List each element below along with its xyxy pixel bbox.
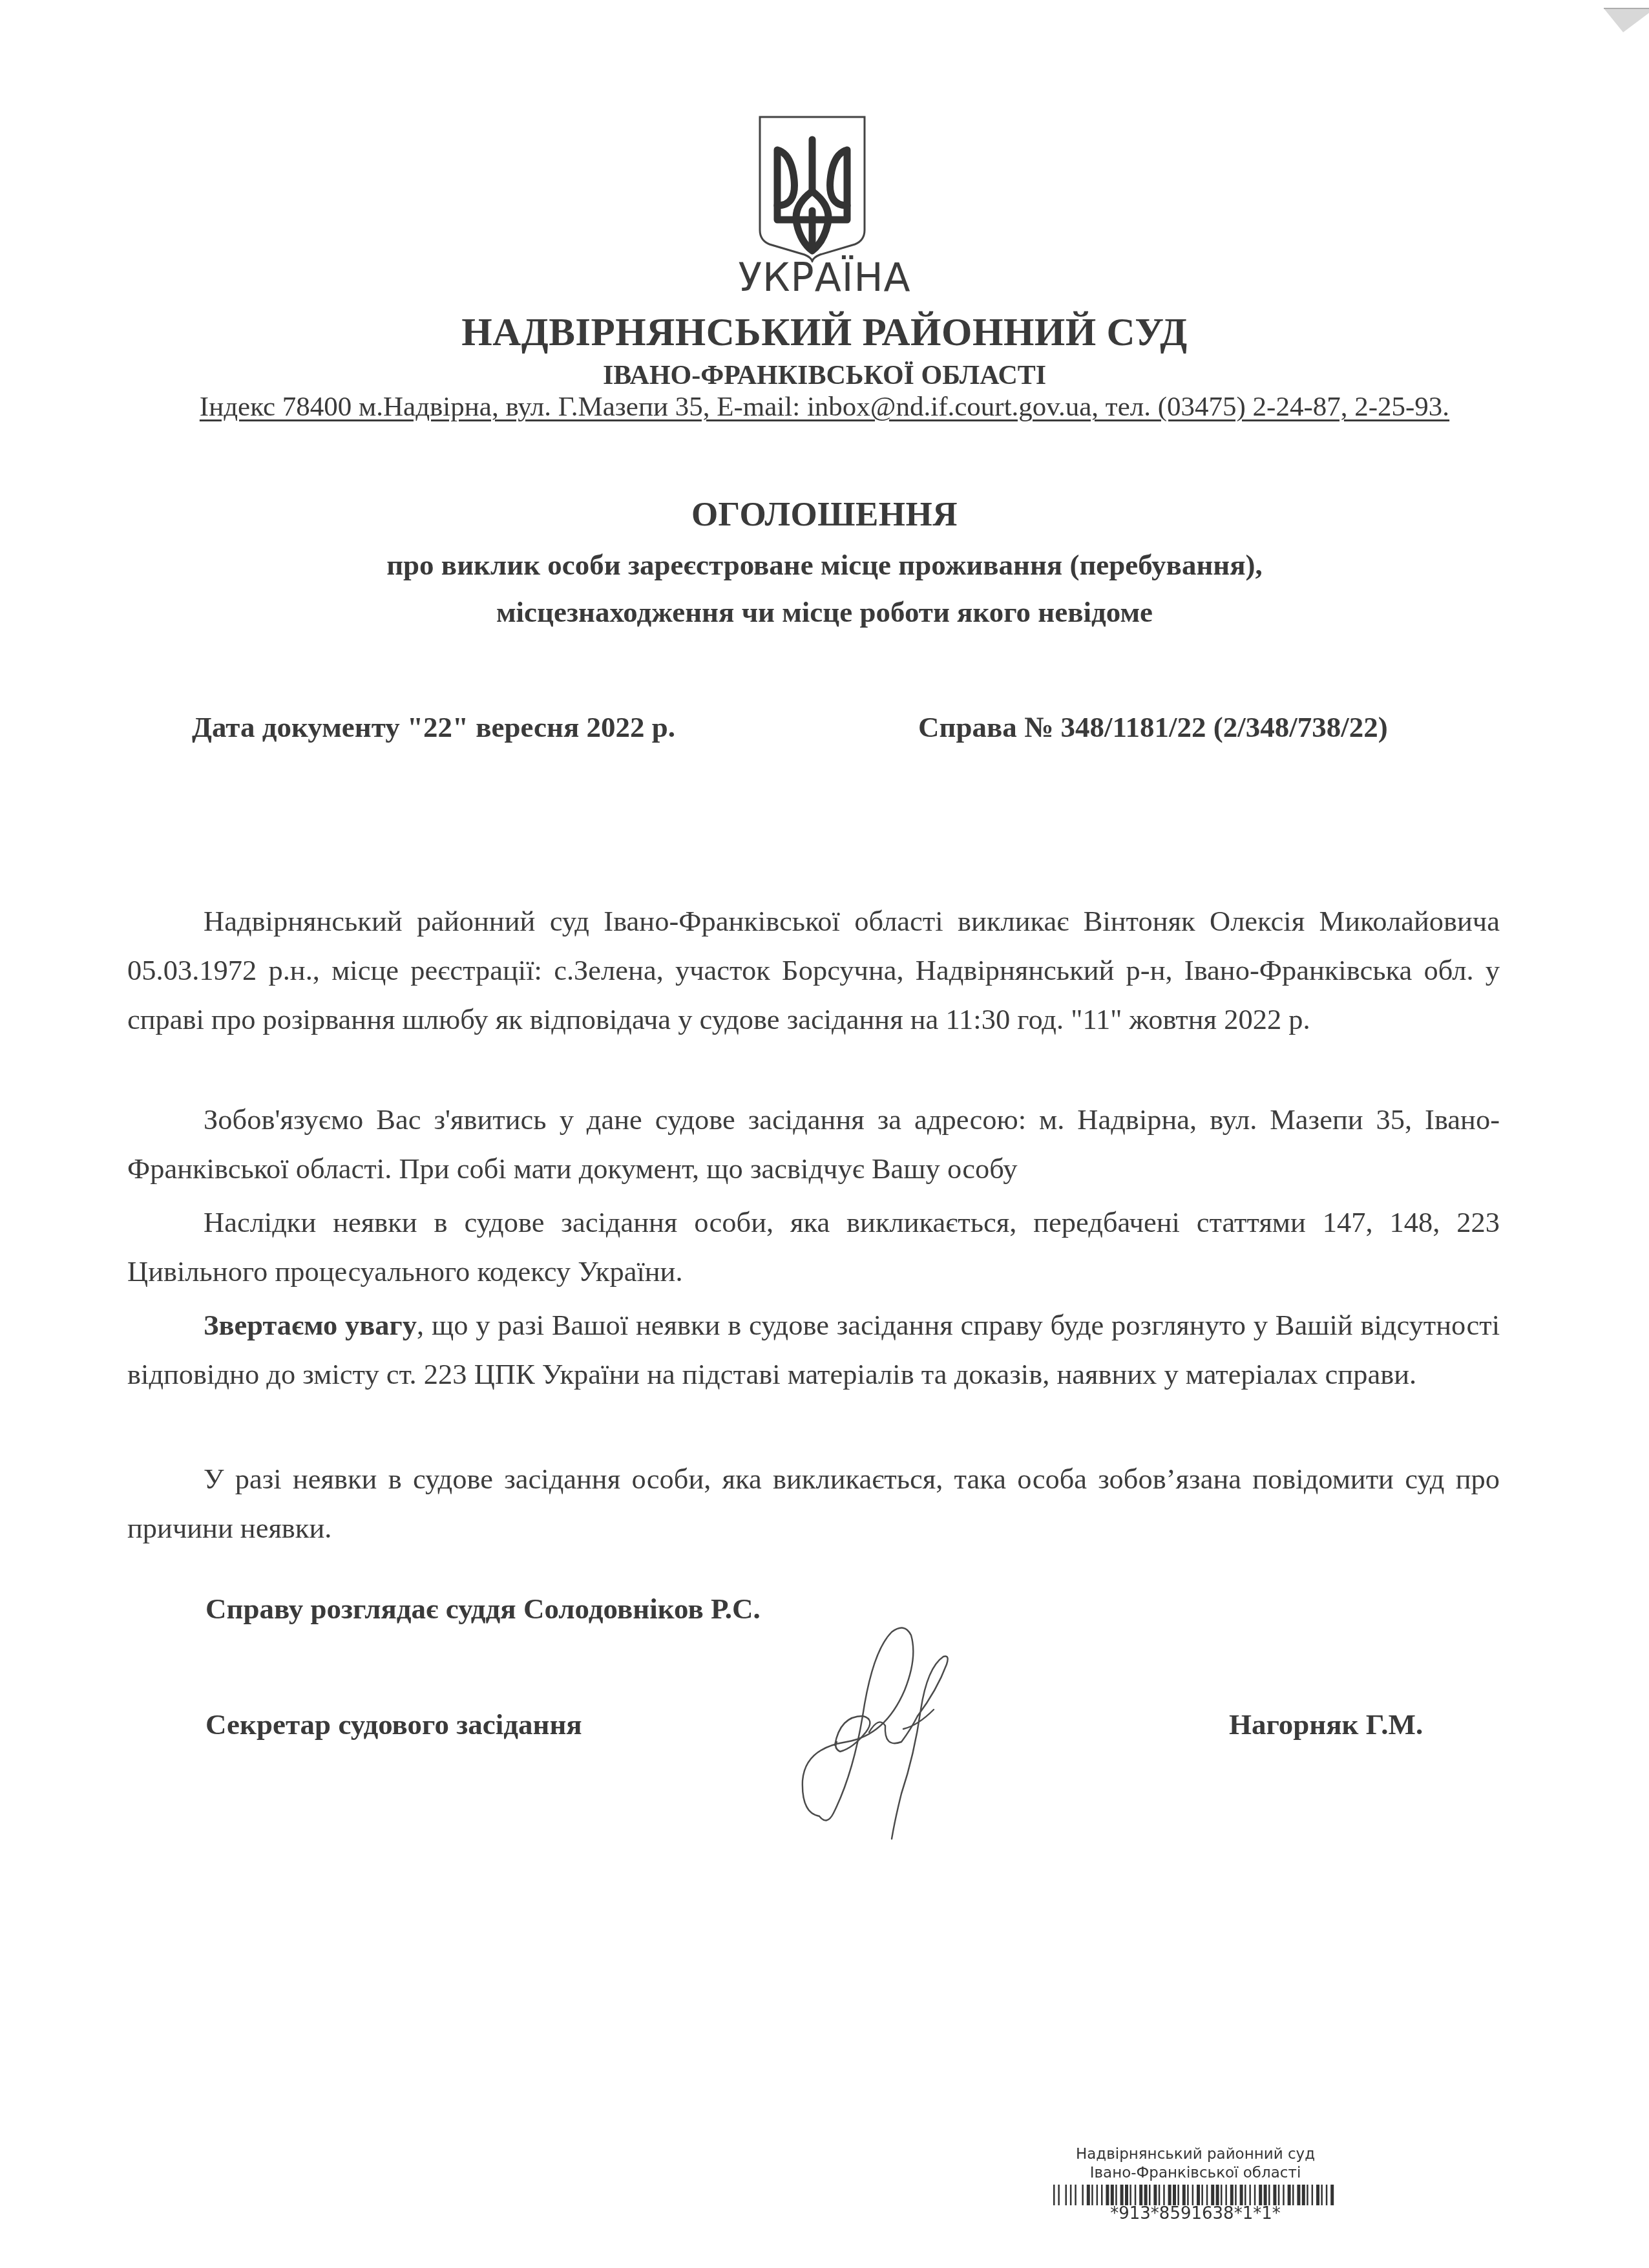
- scan-artifact: [1604, 6, 1649, 32]
- court-name: НАДВІРНЯНСЬКИЙ РАЙОННИЙ СУД: [0, 313, 1649, 352]
- handwritten-signature-icon: [788, 1619, 976, 1842]
- body-paragraph-obligation: Зобов'язуємо Вас з'явитись у дане судове…: [127, 1095, 1500, 1193]
- body-paragraph-consequences: Наслідки неявки в судове засідання особи…: [127, 1198, 1500, 1296]
- announcement-subtitle-line1: про виклик особи зареєстроване місце про…: [0, 551, 1649, 580]
- secretary-label: Секретар судового засідання: [205, 1710, 582, 1739]
- country-name: УКРАЇНА: [0, 259, 1649, 297]
- court-address-text: Індекс 78400 м.Надвірна, вул. Г.Мазепи 3…: [200, 392, 1449, 422]
- case-number: Справа № 348/1181/22 (2/348/738/22): [918, 713, 1388, 742]
- judge-line: Справу розглядає суддя Солодовніков Р.С.: [205, 1595, 761, 1624]
- announcement-subtitle-line2: місцезнаходження чи місце роботи якого н…: [0, 598, 1649, 627]
- body-paragraph-notify: У разі неявки в судове засідання особи, …: [127, 1454, 1500, 1553]
- court-region: ІВАНО-ФРАНКІВСЬКОЇ ОБЛАСТІ: [0, 362, 1649, 389]
- body-paragraph-attention: Звертаємо увагу, що у разі Вашої неявки …: [127, 1300, 1500, 1399]
- body-paragraph-summons: Надвірнянський районний суд Івано-Франкі…: [127, 896, 1500, 1044]
- secretary-name: Нагорняк Г.М.: [1229, 1710, 1423, 1739]
- footer-court-name: Надвірнянський районний суд: [1047, 2146, 1344, 2164]
- barcode-number: *913*8591638*1*1*: [1047, 2204, 1344, 2224]
- barcode-icon: [1053, 2185, 1338, 2205]
- attention-emphasis: Звертаємо увагу: [204, 1309, 417, 1341]
- footer-court-region: Івано-Франківської області: [1047, 2165, 1344, 2183]
- coat-of-arms-trident-icon: [758, 115, 867, 262]
- document-date: Дата документу "22" вересня 2022 р.: [192, 713, 675, 742]
- court-address: Індекс 78400 м.Надвірна, вул. Г.Мазепи 3…: [0, 393, 1649, 421]
- announcement-title: ОГОЛОШЕННЯ: [0, 498, 1649, 532]
